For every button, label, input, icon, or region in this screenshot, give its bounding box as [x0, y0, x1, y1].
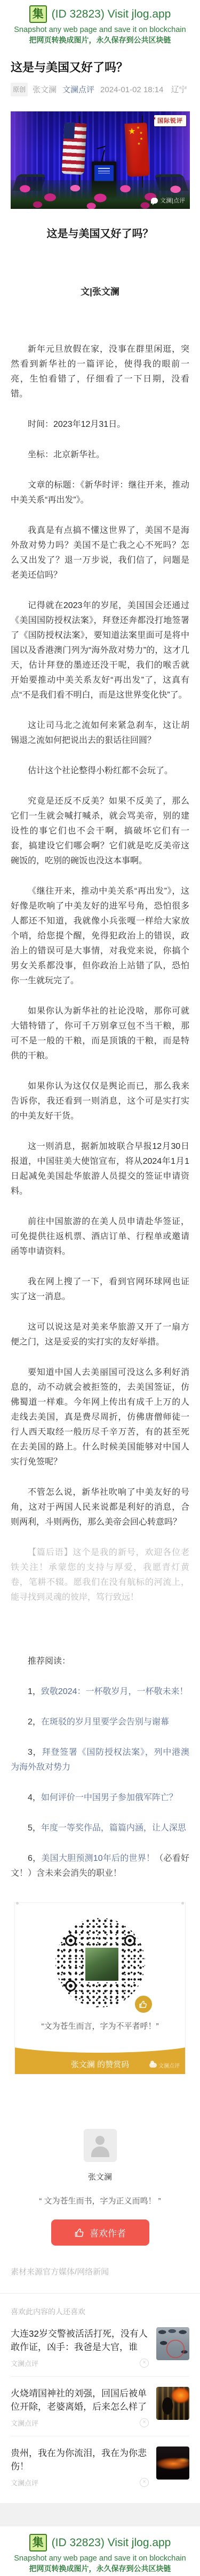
thumbs-up-badge-icon — [133, 1994, 154, 2014]
related-item[interactable]: 火烧靖国神社的刘强，回国后被单位开除，老婆离婚，后来怎么样了 文澜点评 — [11, 2376, 189, 2436]
us-flag-icon — [62, 123, 87, 175]
related-item-thumbnail[interactable] — [156, 2387, 189, 2420]
body-paragraph: 前往中国旅游的在美人员申请赴华签证，可免提供往返机票、酒店订单、行程单或邀请函等… — [11, 1214, 189, 1259]
close-icon[interactable] — [140, 2418, 149, 2427]
recommend-item: 4，如何评价一中国男子参加俄军阵亡？ — [11, 1791, 189, 1805]
related-item-thumbnail[interactable] — [156, 2327, 189, 2360]
source-note: 素材来源官方媒体/网络新闻 — [11, 2266, 189, 2277]
recommend-item: 6，美国大胆预测10年后的世界！（必看好文！）含未来会消失的职业！ — [11, 1851, 189, 1881]
qr-center-photo — [84, 1946, 120, 1982]
recommend-link[interactable]: 在斑驳的岁月里要学会告别与谢幕 — [41, 1718, 169, 1727]
body-paragraph: 坐标：北京新华社。 — [11, 448, 189, 463]
close-icon[interactable] — [140, 2478, 149, 2487]
related-item-title[interactable]: 火烧靖国神社的刘强，回国后被单位开除，老婆离婚，后来怎么样了 — [11, 2387, 149, 2413]
related-item-thumbnail[interactable] — [156, 2447, 189, 2480]
page: 集 (ID 32823) Visit jlog.app Snapshot any… — [0, 0, 200, 2576]
jlog-banner-bottom: 集 (ID 32823) Visit jlog.app Snapshot any… — [0, 2526, 200, 2576]
jlog-banner-subtitle-en: Snapshot any web page and save it on blo… — [0, 2554, 200, 2563]
jlog-banner-subtitle-en: Snapshot any web page and save it on blo… — [0, 26, 200, 34]
article-headline: 这是与美国又好了吗？ — [11, 225, 189, 240]
like-author-button[interactable]: 喜欢作者 — [51, 2219, 149, 2246]
related-heading: 喜欢此内容的人还喜欢 — [11, 2306, 189, 2317]
qr-finder-icon — [65, 1980, 76, 1991]
cloud-icon — [149, 2063, 157, 2068]
recommend-item: 5，年度一等奖作品，篇篇内涵，让人深思 — [11, 1821, 189, 1836]
author-avatar[interactable] — [84, 2129, 117, 2162]
body-paragraph: 新年元旦放假在家，没事在群里闲逛，突然看到新华社的一篇评论，使得我的眼前一亮，生… — [11, 342, 189, 402]
related-section: 喜欢此内容的人还喜欢 大连32岁交警被活活打死，没有人敢作证，凶手：我爸是大官，… — [0, 2306, 200, 2496]
body-paragraph: 这让司马北之流如何来紧急刹车，这让胡锡退之流如何把说出去的狠话往回圆？ — [11, 718, 189, 748]
section-divider — [0, 2293, 200, 2294]
body-paragraph: 记得就在2023年的岁尾，美国国会还通过《美国国防授权法案》，拜登还奔都没打地签… — [11, 598, 189, 703]
reward-card[interactable]: “文为苍生而言，字为不平者呼！” 张文澜 的赞赏码 文澜点评 — [14, 1902, 186, 2075]
postscript-paragraph: 【篇后语】这个是我的新号，欢迎各位老铁关注！承蒙您的支持与厚爱，我愿青灯黄卷，笔… — [11, 1545, 189, 1605]
author-card: 张文澜 “ 文为苍生而书，字为正义而鸣！ ” 喜欢作者 素材来源官方媒体/网络新… — [0, 2129, 200, 2277]
article-byline: 文|张文澜 — [11, 284, 189, 297]
jlog-banner-subtitle-cn: 把网页转换成图片，永久保存到公共区块链 — [0, 2563, 200, 2574]
author-card-name: 张文澜 — [0, 2171, 200, 2182]
body-paragraph: 如果你认为新华社的社论没啥，那你可就大错特错了，你可千万别拿豆包不当干粮，那可不… — [11, 1004, 189, 1064]
body-paragraph: 文章的标题：《新华时评：继往开来，推动中美关系“再出发”》。 — [11, 478, 189, 508]
recommend-heading: 推荐阅读： — [11, 1654, 189, 1669]
close-icon[interactable] — [140, 2359, 149, 2368]
recommend-link[interactable]: 如何评价一中国男子参加俄军阵亡？ — [41, 1793, 178, 1802]
recommend-item: 1，致敬2024：一杯敬岁月，一杯敬未来！ — [11, 1684, 189, 1699]
qr-finder-icon — [124, 1935, 135, 1946]
byline: 原创张文澜文澜点评2024-01-02 18:14 辽宁 — [11, 83, 189, 97]
qr-finder-icon — [65, 1935, 76, 1946]
body-paragraph: 要知道中国人去美丽国可没这么多利好消息的，动不动就会被拒签的，去美国签证，仿佛蜀… — [11, 1365, 189, 1470]
publish-datetime: 2024-01-02 18:14 — [100, 85, 163, 94]
body-paragraph: 我在网上搜了一下，看到官网环球网也证实了这一消息。 — [11, 1275, 189, 1305]
related-item[interactable]: 大连32岁交警被活活打死，没有人敢作证，凶手：我爸是大官，谁 文澜点评 — [11, 2317, 189, 2376]
recommend-link[interactable]: 致敬2024：一杯敬岁月，一杯敬未来！ — [41, 1687, 188, 1696]
reward-watermark: 文澜点评 — [149, 2061, 180, 2069]
reward-qr-code[interactable] — [55, 1918, 145, 2007]
body-paragraph: 《继往开来，推动中美关系“再出发”》，这好像是吹响了中美友好的进军号角，恐怕很多… — [11, 884, 189, 989]
related-item-source: 文澜点评 — [11, 2477, 38, 2488]
account-link[interactable]: 文澜点评 — [62, 85, 94, 94]
reward-band: 张文澜 的赞赏码 文澜点评 — [15, 2045, 185, 2074]
body-paragraph: 估计这个社论整得小粉红都不会玩了。 — [11, 764, 189, 779]
original-badge: 原创 — [11, 83, 28, 96]
thumbs-up-icon — [74, 2227, 85, 2238]
hero-image[interactable]: ★ ★ ★ ★ ★ 国际锐评 文澜|点评 — [11, 111, 190, 209]
related-item-title[interactable]: 贵州，我在为你流泪，我在为你悲伤！ — [11, 2447, 149, 2473]
page-end-gap — [0, 2503, 200, 2526]
recommend-link[interactable]: 年度一等奖作品，篇篇内涵，让人深思 — [41, 1824, 186, 1833]
body-paragraph: 不管怎么说，新华社吹响了中美友好的号角，这对于两国人民来说都是利好的消息，合则两… — [11, 1485, 189, 1530]
hero-watermark: 文澜|点评 — [151, 196, 185, 205]
article-title: 这是与美国又好了吗？ — [11, 60, 189, 76]
recommend-link[interactable]: 美国大胆预测10年后的世界！ — [41, 1854, 155, 1863]
body-paragraph: 这可以说这是对美来华旅游又开了一扇方便之门，这是妥妥的实打实的友好举措。 — [11, 1320, 189, 1350]
jlog-logo-icon: 集 — [29, 2534, 47, 2551]
author-name: 张文澜 — [33, 85, 57, 94]
author-motto: “ 文为苍生而书，字为正义而鸣！ ” — [11, 2195, 189, 2206]
publish-location: 辽宁 — [171, 85, 187, 94]
recommend-item: 3，拜登签署《国防授权法案》，列中港澳为海外敌对势力 — [11, 1745, 189, 1775]
related-item-title[interactable]: 大连32岁交警被活活打死，没有人敢作证，凶手：我爸是大官，谁 — [11, 2327, 149, 2354]
jlog-banner-link[interactable]: (ID 32823) Visit jlog.app — [52, 8, 171, 21]
body-paragraph: 我真是有点搞不懂这世界了，美国不是海外敌对势力吗？美国不是亡我之心不死吗？怎么又… — [11, 523, 189, 583]
microphone — [101, 150, 105, 163]
chat-bubble-icon — [151, 198, 158, 204]
recommend-item: 2，在斑驳的岁月里要学会告别与谢幕 — [11, 1715, 189, 1730]
related-item[interactable]: 贵州，我在为你流泪，我在为你悲伤！ 文澜点评 — [11, 2436, 189, 2496]
reward-quote: “文为苍生而言，字为不平者呼！” — [23, 2020, 177, 2031]
body-paragraph: 如果你认为这仅仅是舆论而已，那么我来告诉你，我还看到一则消息，这个可是实打实的中… — [11, 1079, 189, 1124]
hero-corner-badge: 国际锐评 — [154, 115, 186, 126]
china-flag-icon: ★ ★ ★ ★ ★ — [124, 123, 149, 177]
body-paragraph: 究竟是还反不反美？如果不反美了，那么它们一生就会喊打喊杀，就会骂美帝，别的建设性… — [11, 794, 189, 869]
body-paragraph: 时间：2023年12月31日。 — [11, 417, 189, 432]
jlog-banner-top: 集 (ID 32823) Visit jlog.app Snapshot any… — [0, 0, 200, 47]
jlog-banner-link[interactable]: (ID 32823) Visit jlog.app — [52, 2537, 171, 2549]
jlog-banner-subtitle-cn: 把网页转换成图片，永久保存到公共区块链 — [0, 35, 200, 45]
body-paragraph: 这一则消息，据新加坡联合早报12月30日报道，中国驻美大使馆宣布，将从2024年… — [11, 1139, 189, 1199]
related-item-source: 文澜点评 — [11, 2358, 38, 2368]
related-item-source: 文澜点评 — [11, 2418, 38, 2428]
jlog-logo-icon: 集 — [29, 5, 47, 23]
